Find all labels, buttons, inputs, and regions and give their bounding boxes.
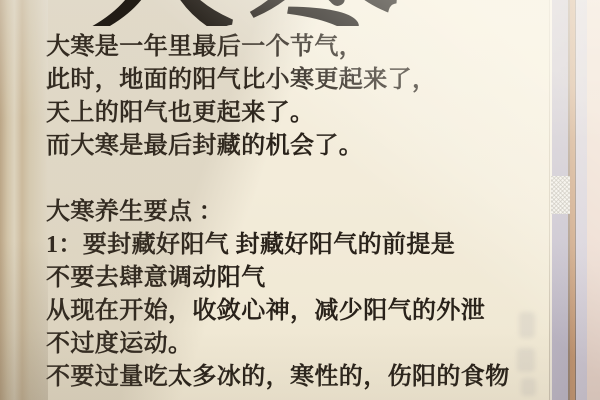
page-stack-edge — [549, 0, 600, 400]
text-line: 从现在开始，收敛心神，减少阳气的外泄 — [46, 295, 546, 328]
body-text: 大寒是一年里最后一个节气， 此时，地面的阳气比小寒更起来了， 天上的阳气也更起来… — [46, 31, 546, 394]
ink-bleedthrough — [519, 312, 535, 338]
photo-background: 大寒 大寒是一年里最后一个节气， 此时，地面的阳气比小寒更起来了， 天上的阳气也… — [0, 0, 600, 400]
text-line: 大寒是一年里最后一个节气， — [46, 31, 546, 64]
page-title-calligraphy: 大寒 — [84, 0, 414, 26]
notebook-page: 大寒 大寒是一年里最后一个节气， 此时，地面的阳气比小寒更起来了， 天上的阳气也… — [0, 0, 549, 400]
text-line: 而大寒是最后封藏的机会了。 — [46, 130, 546, 163]
text-line: 不要去肆意调动阳气 — [46, 262, 546, 295]
text-line: 不要过量吃太多冰的，寒性的，伤阳的食物 — [46, 361, 546, 394]
text-line: 天上的阳气也更起来了。 — [46, 97, 546, 130]
section-heading: 大寒养生要点 ： — [46, 196, 546, 229]
text-line: 1：要封藏好阳气 封藏好阳气的前提是 — [46, 229, 546, 262]
ink-bleedthrough — [521, 378, 536, 396]
ink-bleedthrough — [517, 348, 535, 372]
fabric-texture-patch — [551, 176, 570, 214]
left-page-curl — [0, 0, 48, 400]
title-text: 大寒 — [84, 0, 413, 26]
text-line: 此时，地面的阳气比小寒更起来了， — [46, 64, 546, 97]
text-line: 不过度运动。 — [46, 328, 546, 361]
